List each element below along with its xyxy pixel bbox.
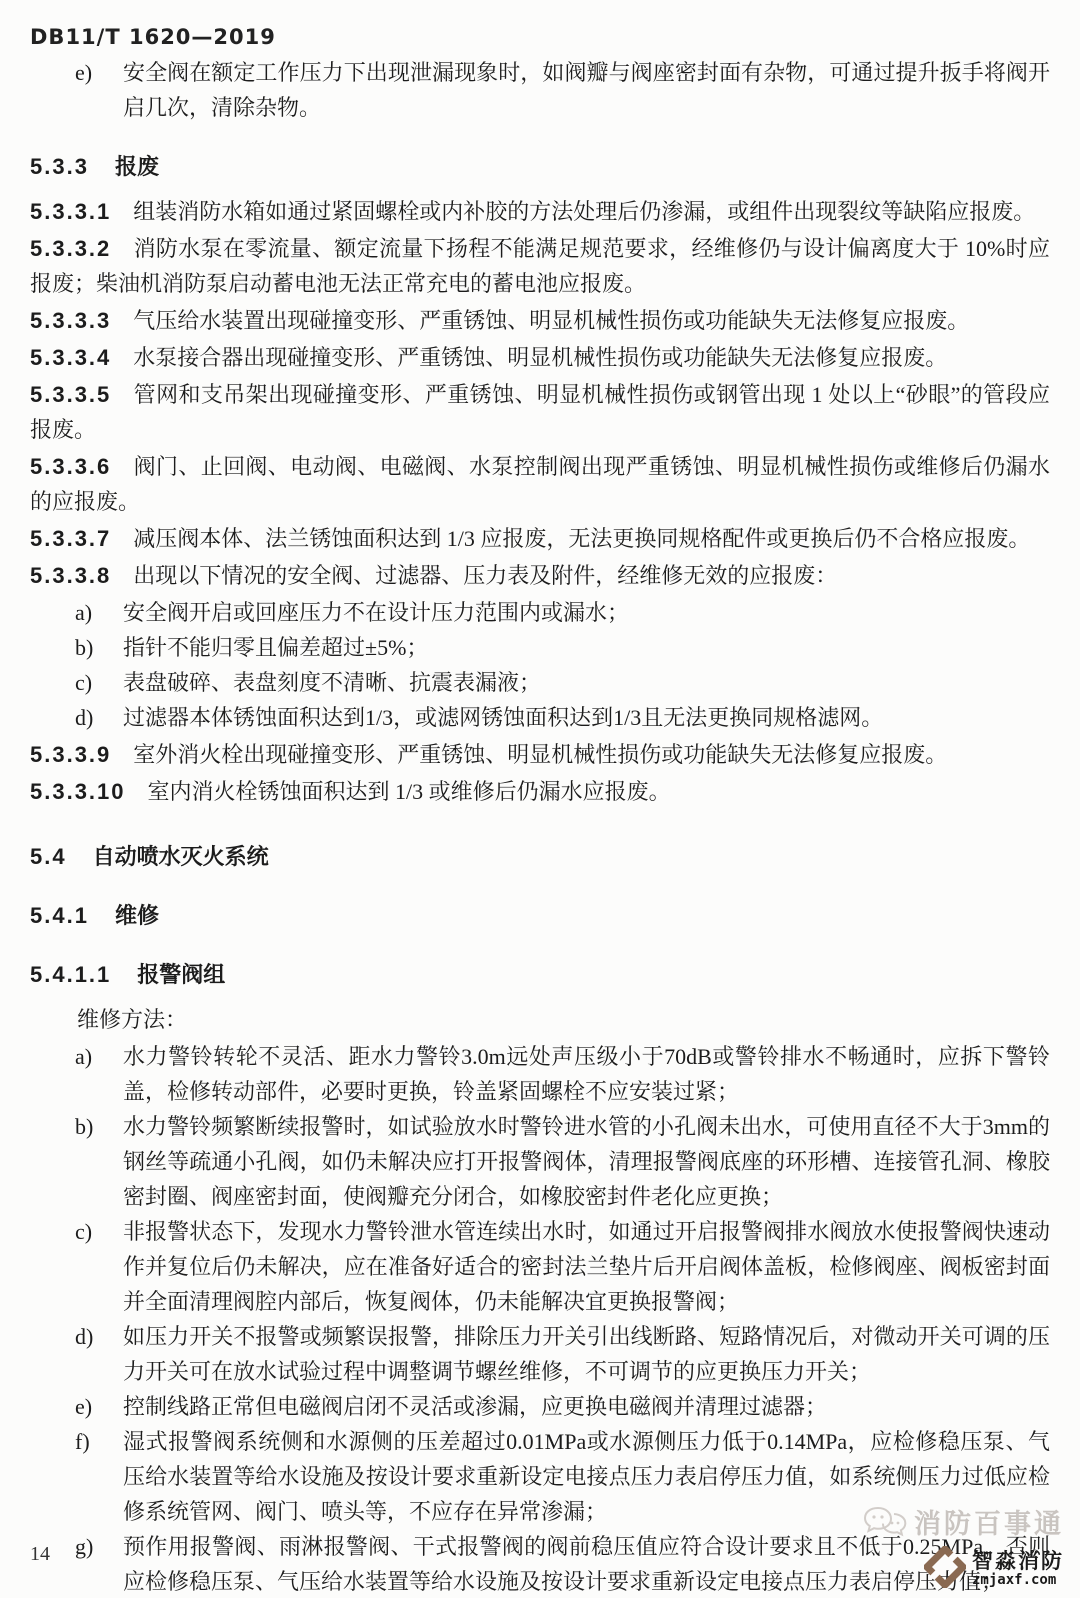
- clause-text: 减压阀本体、法兰锈蚀面积达到 1/3 应报废，无法更换同规格配件或更换后仍不合格…: [133, 526, 1030, 551]
- brand-diamond-icon: [924, 1546, 966, 1592]
- clause-paragraph: 5.3.3.2消防水泵在零流量、额定流量下扬程不能满足规范要求，经维修仍与设计偏…: [30, 231, 1050, 301]
- list-item: a)水力警铃转轮不灵活、距水力警铃3.0m远处声压级小于70dB或警铃排水不畅通…: [75, 1039, 1050, 1109]
- list-text: 非报警状态下，发现水力警铃泄水管连续出水时，如通过开启报警阀排水阀放水使报警阀快…: [123, 1219, 1050, 1314]
- doc-header-code: DB11/T 1620—2019: [30, 20, 1050, 55]
- clause-text: 管网和支吊架出现碰撞变形、严重锈蚀、明显机械性损伤或钢管出现 1 处以上“砂眼”…: [30, 382, 1050, 442]
- watermark: 消防百事通 智淼消防 zmjaxf.com: [862, 1504, 1064, 1592]
- list-text: 过滤器本体锈蚀面积达到1/3，或滤网锈蚀面积达到1/3且无法更换同规格滤网。: [123, 705, 883, 730]
- list-item: b)指针不能归零且偏差超过±5%；: [75, 630, 1050, 665]
- clause-number: 5.3.3.4: [30, 345, 111, 370]
- clause-paragraph: 5.3.3.10室内消火栓锈蚀面积达到 1/3 或维修后仍漏水应报废。: [30, 774, 1050, 809]
- list-letter: d): [75, 1319, 93, 1354]
- list-letter: a): [75, 595, 92, 630]
- heading-number: 5.4.1: [30, 903, 89, 928]
- clause-number: 5.3.3.9: [30, 742, 111, 767]
- heading-title: 报废: [115, 154, 159, 179]
- list-text: 安全阀在额定工作压力下出现泄漏现象时，如阀瓣与阀座密封面有杂物，可通过提升扳手将…: [123, 60, 1050, 120]
- list-text: 控制线路正常但电磁阀启闭不灵活或渗漏，应更换电磁阀并清理过滤器；: [123, 1394, 827, 1419]
- clause-number: 5.3.3.3: [30, 308, 111, 333]
- clause-text: 组装消防水箱如通过紧固螺栓或内补胶的方法处理后仍渗漏，或组件出现裂纹等缺陷应报废…: [133, 199, 1035, 224]
- clause-paragraph: 5.3.3.7减压阀本体、法兰锈蚀面积达到 1/3 应报废，无法更换同规格配件或…: [30, 521, 1050, 556]
- clause-text: 室内消火栓锈蚀面积达到 1/3 或维修后仍漏水应报废。: [148, 779, 671, 804]
- heading-number: 5.4.1.1: [30, 962, 111, 987]
- list-letter: f): [75, 1424, 90, 1459]
- section-heading: 5.4自动喷水灭火系统: [30, 839, 1050, 874]
- heading-title: 报警阀组: [137, 962, 225, 987]
- clause-number: 5.3.3.1: [30, 199, 111, 224]
- list-item: c)表盘破碎、表盘刻度不清晰、抗震表漏液；: [75, 665, 1050, 700]
- clause-text: 水泵接合器出现碰撞变形、严重锈蚀、明显机械性损伤或功能缺失无法修复应报废。: [133, 345, 947, 370]
- list-letter: b): [75, 1109, 93, 1144]
- plain-text: 维修方法：: [77, 1002, 1050, 1037]
- list-item: c)非报警状态下，发现水力警铃泄水管连续出水时，如通过开启报警阀排水阀放水使报警…: [75, 1214, 1050, 1319]
- document-page: DB11/T 1620—2019 e)安全阀在额定工作压力下出现泄漏现象时，如阀…: [0, 0, 1080, 1598]
- heading-number: 5.3.3: [30, 154, 89, 179]
- chat-bubbles-icon: [862, 1504, 908, 1544]
- list-item: b)水力警铃频繁断续报警时，如试验放水时警铃进水管的小孔阀未出水，可使用直径不大…: [75, 1109, 1050, 1214]
- heading-number: 5.4: [30, 844, 67, 869]
- clause-number: 5.3.3.8: [30, 563, 111, 588]
- page-number: 14: [30, 1537, 50, 1572]
- clause-number: 5.3.3.5: [30, 382, 111, 407]
- clause-paragraph: 5.3.3.1组装消防水箱如通过紧固螺栓或内补胶的方法处理后仍渗漏，或组件出现裂…: [30, 194, 1050, 229]
- clause-text: 阀门、止回阀、电动阀、电磁阀、水泵控制阀出现严重锈蚀、明显机械性损伤或维修后仍漏…: [30, 454, 1050, 514]
- content-area: e)安全阀在额定工作压力下出现泄漏现象时，如阀瓣与阀座密封面有杂物，可通过提升扳…: [30, 55, 1050, 1598]
- clause-paragraph: 5.3.3.4水泵接合器出现碰撞变形、严重锈蚀、明显机械性损伤或功能缺失无法修复…: [30, 340, 1050, 375]
- clause-text: 出现以下情况的安全阀、过滤器、压力表及附件，经维修无效的应报废：: [133, 563, 837, 588]
- section-heading: 5.4.1.1报警阀组: [30, 957, 1050, 992]
- list-item: d)过滤器本体锈蚀面积达到1/3，或滤网锈蚀面积达到1/3且无法更换同规格滤网。: [75, 700, 1050, 735]
- clause-paragraph: 5.3.3.5管网和支吊架出现碰撞变形、严重锈蚀、明显机械性损伤或钢管出现 1 …: [30, 377, 1050, 447]
- list-letter: c): [75, 665, 92, 700]
- list-letter: e): [75, 1389, 92, 1424]
- clause-text: 气压给水装置出现碰撞变形、严重锈蚀、明显机械性损伤或功能缺失无法修复应报废。: [133, 308, 969, 333]
- clause-paragraph: 5.3.3.6阀门、止回阀、电动阀、电磁阀、水泵控制阀出现严重锈蚀、明显机械性损…: [30, 449, 1050, 519]
- list-text: 水力警铃频繁断续报警时，如试验放水时警铃进水管的小孔阀未出水，可使用直径不大于3…: [123, 1114, 1050, 1209]
- clause-number: 5.3.3.10: [30, 779, 126, 804]
- clause-paragraph: 5.3.3.9室外消火栓出现碰撞变形、严重锈蚀、明显机械性损伤或功能缺失无法修复…: [30, 737, 1050, 772]
- section-heading: 5.4.1维修: [30, 898, 1050, 933]
- heading-title: 维修: [115, 903, 159, 928]
- list-letter: a): [75, 1039, 92, 1074]
- heading-title: 自动喷水灭火系统: [93, 844, 269, 869]
- list-text: 安全阀开启或回座压力不在设计压力范围内或漏水；: [123, 600, 629, 625]
- list-letter: b): [75, 630, 93, 665]
- clause-number: 5.3.3.7: [30, 526, 111, 551]
- list-text: 表盘破碎、表盘刻度不清晰、抗震表漏液；: [123, 670, 541, 695]
- list-letter: d): [75, 700, 93, 735]
- brand-name: 智淼消防: [972, 1551, 1064, 1572]
- clause-number: 5.3.3.2: [30, 236, 111, 261]
- list-text: 指针不能归零且偏差超过±5%；: [123, 635, 428, 660]
- watermark-site-name: 消防百事通: [914, 1511, 1064, 1538]
- brand-url: zmjaxf.com: [972, 1573, 1064, 1587]
- list-item: e)控制线路正常但电磁阀启闭不灵活或渗漏，应更换电磁阀并清理过滤器；: [75, 1389, 1050, 1424]
- list-text: 如压力开关不报警或频繁误报警，排除压力开关引出线断路、短路情况后，对微动开关可调…: [123, 1324, 1050, 1384]
- list-letter: e): [75, 55, 92, 90]
- list-text: 水力警铃转轮不灵活、距水力警铃3.0m远处声压级小于70dB或警铃排水不畅通时，…: [123, 1044, 1050, 1104]
- section-heading: 5.3.3报废: [30, 149, 1050, 184]
- clause-text: 消防水泵在零流量、额定流量下扬程不能满足规范要求，经维修仍与设计偏离度大于 10…: [30, 236, 1050, 296]
- list-letter: g): [75, 1529, 93, 1564]
- clause-number: 5.3.3.6: [30, 454, 111, 479]
- clause-paragraph: 5.3.3.3气压给水装置出现碰撞变形、严重锈蚀、明显机械性损伤或功能缺失无法修…: [30, 303, 1050, 338]
- list-letter: c): [75, 1214, 92, 1249]
- clause-text: 室外消火栓出现碰撞变形、严重锈蚀、明显机械性损伤或功能缺失无法修复应报废。: [133, 742, 947, 767]
- list-item: d)如压力开关不报警或频繁误报警，排除压力开关引出线断路、短路情况后，对微动开关…: [75, 1319, 1050, 1389]
- clause-paragraph: 5.3.3.8出现以下情况的安全阀、过滤器、压力表及附件，经维修无效的应报废：: [30, 558, 1050, 593]
- list-item: a)安全阀开启或回座压力不在设计压力范围内或漏水；: [75, 595, 1050, 630]
- list-item: e)安全阀在额定工作压力下出现泄漏现象时，如阀瓣与阀座密封面有杂物，可通过提升扳…: [75, 55, 1050, 125]
